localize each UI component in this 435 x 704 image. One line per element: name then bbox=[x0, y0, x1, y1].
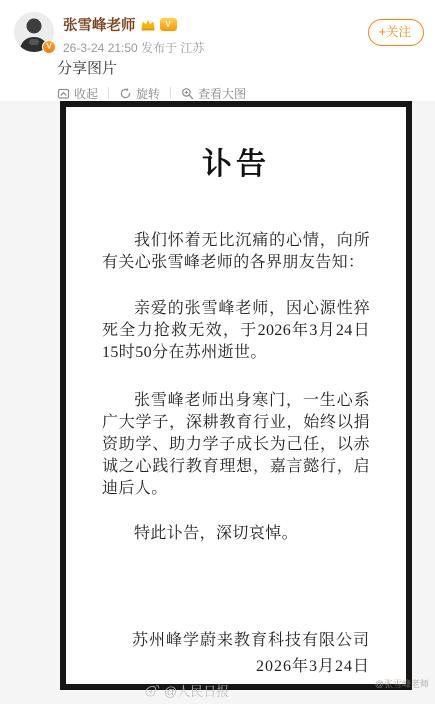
toolbar-divider bbox=[170, 87, 171, 99]
obituary-image[interactable]: 讣告 我们怀着无比沉痛的心情，向所有关心张雪峰老师的各界朋友告知： 亲爱的张雪峰… bbox=[60, 101, 412, 690]
collapse-button[interactable]: 收起 bbox=[57, 85, 98, 102]
obituary-signature: 苏州峰学蔚来教育科技有限公司 bbox=[102, 630, 370, 652]
image-viewer: 讣告 我们怀着无比沉痛的心情，向所有关心张雪峰老师的各界朋友告知： 亲爱的张雪峰… bbox=[0, 101, 435, 704]
post-text: 分享图片 bbox=[57, 60, 435, 78]
collapse-icon bbox=[57, 87, 70, 100]
obituary-date: 2026年3月24日 bbox=[102, 656, 370, 678]
obituary-paragraph: 我们怀着无比沉痛的心情，向所有关心张雪峰老师的各界朋友告知： bbox=[102, 230, 370, 274]
post-header: V 张雪峰老师 V 26-3-24 21:50 发布于 江苏 +关注 bbox=[0, 0, 435, 56]
collapse-label: 收起 bbox=[74, 85, 98, 102]
rotate-button[interactable]: 旋转 bbox=[119, 85, 160, 102]
magnifier-icon bbox=[181, 87, 194, 100]
post-location: 发布于 江苏 bbox=[141, 41, 204, 55]
toolbar-divider bbox=[108, 87, 109, 99]
crown-icon bbox=[140, 18, 156, 31]
view-large-button[interactable]: 查看大图 bbox=[181, 85, 246, 102]
image-toolbar: 收起 旋转 查看大图 bbox=[57, 85, 435, 101]
obituary-paragraph: 亲爱的张雪峰老师，因心源性猝死全力抢救无效，于2026年3月24日15时50分在… bbox=[102, 298, 370, 364]
obituary-title: 讣告 bbox=[102, 147, 370, 183]
view-large-label: 查看大图 bbox=[198, 85, 246, 102]
post-timestamp: 26-3-24 21:50 bbox=[63, 41, 138, 55]
follow-button[interactable]: +关注 bbox=[368, 19, 424, 46]
rotate-icon bbox=[119, 87, 132, 100]
obituary-paragraph: 张雪峰老师出身寒门，一生心系广大学子，深耕教育行业，始终以捐资助学、助力学子成长… bbox=[102, 390, 370, 500]
rotate-label: 旋转 bbox=[136, 85, 160, 102]
obituary-paragraph: 特此讣告，深切哀悼。 bbox=[102, 523, 370, 545]
verified-badge-icon: V bbox=[42, 40, 56, 54]
vip-badge-icon: V bbox=[160, 18, 177, 31]
username[interactable]: 张雪峰老师 bbox=[63, 14, 136, 35]
avatar[interactable]: V bbox=[14, 12, 54, 52]
